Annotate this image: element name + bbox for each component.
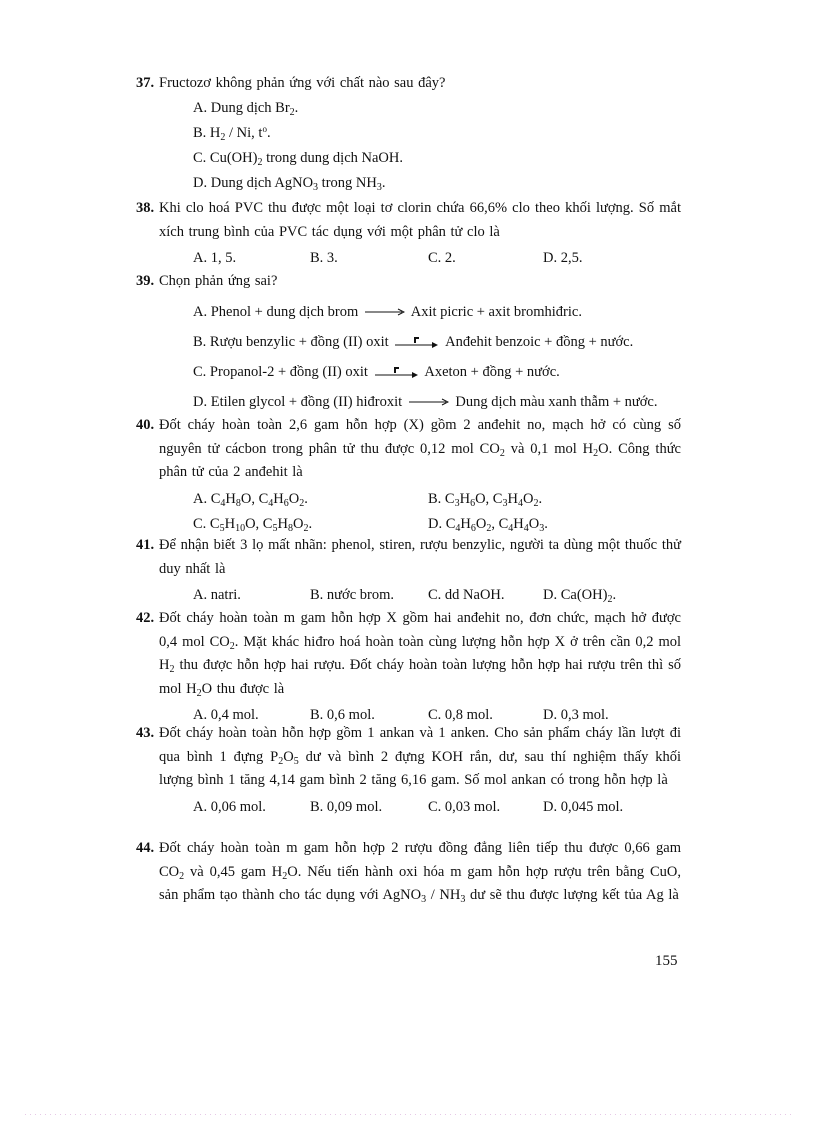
- option-d: D. 0,045 mol.: [543, 795, 623, 820]
- question-text: Để nhận biết 3 lọ mất nhãn: phenol, stir…: [159, 534, 681, 581]
- document-page: 37. Fructozơ không phản ứng với chất nào…: [0, 0, 816, 1123]
- option-c: C. C5H10O, C5H8O2.: [193, 512, 312, 537]
- question-number: 38.: [136, 197, 159, 244]
- option-d: D. Ca(OH)2.: [543, 583, 616, 608]
- question-text: Đốt cháy hoàn toàn m gam hỗn hợp X gồm h…: [159, 607, 681, 701]
- question-number: 41.: [136, 534, 159, 581]
- question-40: 40. Đốt cháy hoàn toàn 2,6 gam hỗn hợp (…: [136, 414, 681, 537]
- option-d: D. Dung dịch AgNO3 trong NH3.: [193, 171, 681, 196]
- option-a: A. 0,06 mol.: [193, 795, 266, 820]
- reaction-arrow-icon: [365, 307, 405, 317]
- question-number: 43.: [136, 722, 159, 793]
- option-b: B. nước brom.: [310, 583, 394, 608]
- question-text: Đốt cháy hoàn toàn 2,6 gam hỗn hợp (X) g…: [159, 414, 681, 485]
- question-41: 41. Để nhận biết 3 lọ mất nhãn: phenol, …: [136, 534, 681, 608]
- question-37: 37. Fructozơ không phản ứng với chất nào…: [136, 72, 681, 196]
- question-39: 39. Chọn phản ứng sai? A. Phenol + dung …: [136, 270, 681, 417]
- option-d: D. C4H6O2, C4H4O3.: [428, 512, 548, 537]
- option-a: A. Phenol + dung dịch brom Axit picric +…: [193, 297, 681, 327]
- option-b: B. 0,09 mol.: [310, 795, 382, 820]
- option-c: C. 2.: [428, 246, 456, 271]
- heat-reaction-arrow-icon: [395, 334, 439, 350]
- option-c: C. Propanol-2 + đồng (II) oxit Axeton + …: [193, 357, 681, 387]
- page-number: 155: [655, 953, 678, 970]
- question-text: Chọn phản ứng sai?: [159, 270, 681, 294]
- question-44: 44. Đốt cháy hoàn toàn m gam hỗn hợp 2 r…: [136, 837, 681, 908]
- question-text: Đốt cháy hoàn toàn hỗn hợp gồm 1 ankan v…: [159, 722, 681, 793]
- option-d: D. 2,5.: [543, 246, 582, 271]
- reaction-arrow-icon: [409, 397, 449, 407]
- option-a: A. Dung dịch Br2.: [193, 96, 681, 121]
- option-b: B. 3.: [310, 246, 338, 271]
- question-number: 39.: [136, 270, 159, 294]
- option-a: A. 1, 5.: [193, 246, 236, 271]
- question-number: 37.: [136, 72, 159, 96]
- option-a: A. C4H8O, C4H6O2.: [193, 487, 308, 512]
- question-text: Fructozơ không phản ứng với chất nào sau…: [159, 72, 681, 96]
- option-b: B. C3H6O, C3H4O2.: [428, 487, 542, 512]
- option-b: B. H2 / Ni, to.: [193, 121, 681, 146]
- question-38: 38. Khi clo hoá PVC thu được một loại tơ…: [136, 197, 681, 271]
- question-number: 42.: [136, 607, 159, 701]
- question-text: Khi clo hoá PVC thu được một loại tơ clo…: [159, 197, 681, 244]
- option-d: D. Etilen glycol + đồng (II) hiđroxit Du…: [193, 387, 681, 417]
- question-number: 44.: [136, 837, 159, 908]
- question-42: 42. Đốt cháy hoàn toàn m gam hỗn hợp X g…: [136, 607, 681, 728]
- option-a: A. natri.: [193, 583, 241, 608]
- option-c: C. dd NaOH.: [428, 583, 505, 608]
- page-bottom-divider: [25, 1114, 795, 1115]
- option-c: C. Cu(OH)2 trong dung dịch NaOH.: [193, 146, 681, 171]
- heat-reaction-arrow-icon: [375, 364, 419, 380]
- option-b: B. Rượu benzylic + đồng (II) oxit Anđehi…: [193, 327, 681, 357]
- question-43: 43. Đốt cháy hoàn toàn hỗn hợp gồm 1 ank…: [136, 722, 681, 820]
- question-number: 40.: [136, 414, 159, 485]
- option-c: C. 0,03 mol.: [428, 795, 500, 820]
- question-text: Đốt cháy hoàn toàn m gam hỗn hợp 2 rượu …: [159, 837, 681, 908]
